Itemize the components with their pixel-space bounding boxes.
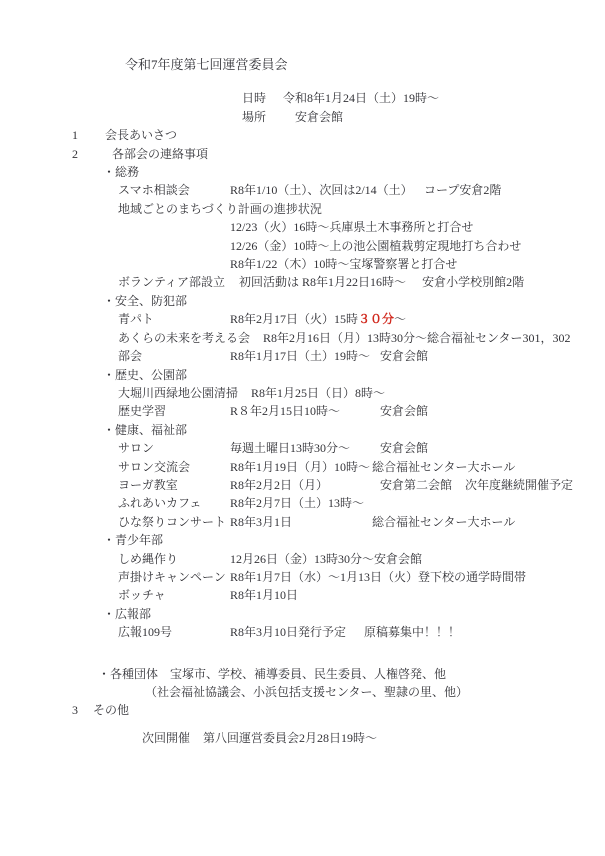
activity-row-sumaho: スマホ相談会 R8年1/10（土）、次回は2/14（土） コープ安倉2階 [118,181,585,199]
activity-row-aopato: 青パト R8年2月17日（火）15時３０分～ [118,310,585,328]
activity-row-fureai: ふれあいカフェ R8年2月7日（土）13時～ [118,494,585,512]
activity-venue: 総合福祉センター大ホール [372,458,515,476]
activity-name: サロン [118,439,230,457]
activity-name: あくらの未来を考える会 [118,329,250,347]
spacer [72,642,585,665]
activity-detail: 毎週土曜日13時30分～ [230,439,380,457]
activity-name: ふれあいカフェ [118,494,230,512]
activity-row-koekake: 声掛けキャンペーン R8年1月7日（水）～1月13日（火）登下校の通学時間帯 [118,568,585,586]
detail-text: ～ [394,312,406,326]
activity-detail: R8年1月10日 [230,586,298,604]
activity-venue: 安倉会館 [380,347,428,365]
activity-row-volunteer: ボランティア部設立 初回活動は R8年1月22日16時～ 安倉小学校別館2階 [118,273,585,291]
next-meeting-detail: 第八回運営委員会2月28日19時～ [203,729,377,747]
activity-detail: R8年2月7日（土）13時～ [230,494,364,512]
activity-detail: R8年1月25日（日）8時～ [251,384,385,402]
activity-venue: 安倉会館 [374,550,422,568]
activity-detail: R8年1月7日（水）～1月13日（火）登下校の通学時間帯 [230,568,526,586]
activity-detail: R8年2月2日（月） [230,476,380,494]
datetime-value: 令和8年1月24日（土）19時～ [283,89,439,107]
section-heading-rekishi: ・歴史、公園部 [103,366,585,384]
section-heading-kenko: ・健康、福祉部 [103,421,585,439]
item-number: 2 [72,145,112,163]
section-heading-anzen: ・安全、防犯部 [103,292,585,310]
activity-note: 次年度継続開催予定 [465,476,573,494]
section-heading-soumu: ・総務 [103,163,585,181]
item-label: 各部会の連絡事項 [112,145,208,163]
sub-schedule-3: R8年1/22（木）10時～宝塚警察署と打合せ [230,255,585,273]
meeting-place-line: 場所 安倉会館 [242,108,585,126]
activity-venue: 安倉第二会館 [380,476,452,494]
activity-detail: R８年2月15日10時～ [230,402,380,420]
activity-row-yoga: ヨーガ教室 R8年2月2日（月） 安倉第二会館 次年度継続開催予定 [118,476,585,494]
sub-schedule-2: 12/26（金）10時～上の池公園植栽剪定現地打ち合わせ [230,237,585,255]
groups-paren-note: （社会福祉協議会、小浜包括支援センター、聖隷の里、他） [145,683,585,701]
activity-row-hina: ひな祭りコンサート R8年3月1日 総合福祉センター大ホール [118,513,585,531]
activity-name: スマホ相談会 [118,181,230,199]
activity-name: ボランティア部設立 [118,273,225,291]
agenda-item-1: 1 会長あいさつ [72,126,585,144]
page-title: 令和7年度第七回運営委員会 [125,56,585,74]
spacer [72,720,585,729]
activity-detail: R8年1月19日（月）10時～ [230,458,372,476]
section-heading-seishonen: ・青少年部 [103,531,585,549]
activity-name: サロン交流会 [118,458,230,476]
activity-name: 歴史学習 [118,402,230,420]
activity-detail: R8年1月17日（土）19時～ [230,347,380,365]
groups-label: ・各種団体 [98,665,170,683]
activity-name: 広報109号 [118,623,230,641]
meeting-agenda-document: 令和7年度第七回運営委員会 日時 令和8年1月24日（土）19時～ 場所 安倉会… [0,0,605,747]
activity-venue: 総合福祉センター大ホール [372,513,515,531]
activity-name: しめ縄作り [118,550,230,568]
activity-name: 青パト [118,310,230,328]
activity-detail: R8年3月10日発行予定 [230,623,346,641]
section-heading-koho: ・広報部 [103,605,585,623]
place-label: 場所 [242,108,266,126]
activity-detail: 12月26日（金）13時30分～ [230,550,374,568]
activity-row-koho109: 広報109号 R8年3月10日発行予定 原稿募集中！！！ [118,623,585,641]
activity-row-akura: あくらの未来を考える会 R8年2月16日（月）13時30分～総合福祉センター30… [118,329,585,347]
activity-row-shimenawa: しめ縄作り 12月26日（金）13時30分～ 安倉会館 [118,550,585,568]
activity-name: ひな祭りコンサート [118,513,230,531]
activity-row-seisou: 大堀川西緑地公園清掃 R8年1月25日（日）8時～ [118,384,585,402]
activity-detail: R8年1/10（土）、次回は2/14（土） [230,181,424,199]
activity-row-salon: サロン 毎週土曜日13時30分～ 安倉会館 [118,439,585,457]
activity-venue: 安倉小学校別館2階 [422,273,524,291]
item-label: 会長あいさつ [105,126,177,144]
activity-name: 大堀川西緑地公園清掃 [118,384,238,402]
groups-row: ・各種団体 宝塚市、学校、補導委員、民生委員、人権啓発、他 [98,665,585,683]
next-meeting-line: 次回開催 第八回運営委員会2月28日19時～ [142,729,585,747]
sub-schedule-1: 12/23（火）16時～兵庫県土木事務所と打合せ [230,218,585,236]
detail-text: R8年2月17日（火）15時 [230,312,358,326]
activity-row-salonkoryu: サロン交流会 R8年1月19日（月）10時～ 総合福祉センター大ホール [118,458,585,476]
activity-row-bukai: 部会 R8年1月17日（土）19時～ 安倉会館 [118,347,585,365]
groups-list: 宝塚市、学校、補導委員、民生委員、人権啓発、他 [170,665,446,683]
activity-name: ボッチャ [118,586,230,604]
agenda-item-3: 3 その他 [72,701,585,719]
datetime-label: 日時 [242,89,266,107]
activity-name: 声掛けキャンペーン [118,568,230,586]
place-value: 安倉会館 [295,108,343,126]
activity-detail: R8年3月1日 [230,513,372,531]
agenda-item-2: 2 各部会の連絡事項 [72,145,585,163]
item-label: その他 [93,701,129,719]
activity-name: ヨーガ教室 [118,476,230,494]
activity-note: 原稿募集中！！！ [364,623,460,641]
activity-row-boccia: ボッチャ R8年1月10日 [118,586,585,604]
activity-name: 部会 [118,347,230,365]
red-highlight-text: ３０分 [358,312,394,326]
activity-venue: 安倉会館 [380,439,428,457]
activity-detail: 初回活動は R8年1月22日16時～ [239,273,406,291]
activity-row-gakushu: 歴史学習 R８年2月15日10時～ 安倉会館 [118,402,585,420]
item-number: 3 [72,701,93,719]
activity-detail: R8年2月17日（火）15時３０分～ [230,310,406,328]
activity-venue: コープ安倉2階 [424,181,501,199]
activity-detail: R8年2月16日（月）13時30分～総合福祉センター301，302 [263,329,571,347]
next-meeting-label: 次回開催 [142,729,203,747]
activity-venue: 安倉会館 [380,402,428,420]
activity-row-machizukuri: 地域ごとのまちづくり計画の進捗状況 [118,200,585,218]
meeting-datetime-line: 日時 令和8年1月24日（土）19時～ [242,89,585,107]
item-number: 1 [72,126,105,144]
